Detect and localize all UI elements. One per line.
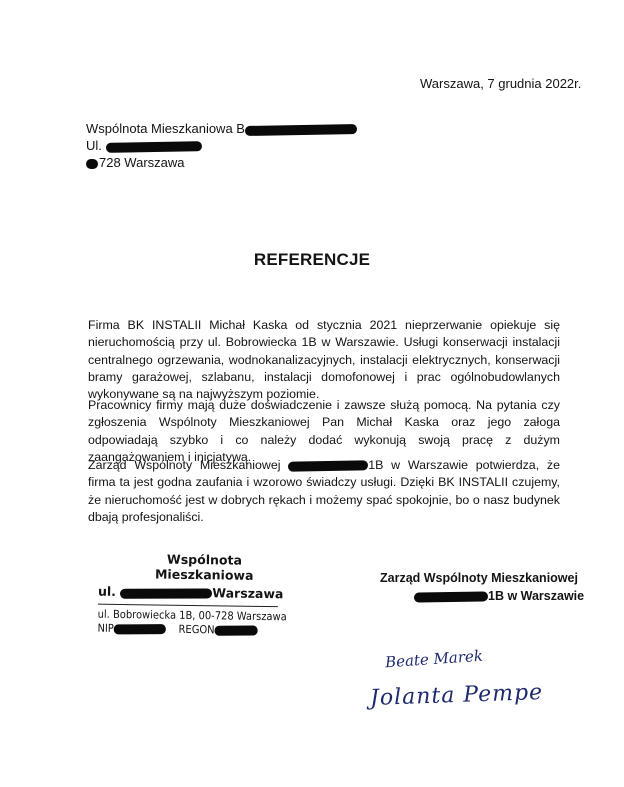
redaction: [114, 624, 166, 634]
paragraph-3: Zarząd Wspólnoty Mieszkaniowej 1B w Wars…: [88, 457, 560, 526]
board-line-1: Zarząd Wspólnoty Mieszkaniowej: [380, 569, 584, 587]
stamp-line-1: Wspólnota Mieszkaniowa: [98, 551, 288, 584]
redaction: [215, 625, 258, 635]
stamp-line-2: ul. Warszawa: [98, 584, 288, 602]
community-stamp: Wspólnota Mieszkaniowa ul. Warszawa ul. …: [97, 551, 288, 638]
redaction: [414, 591, 488, 602]
board-signature-block: Zarząd Wspólnoty Mieszkaniowej 1B w Wars…: [380, 569, 584, 605]
redaction: [86, 158, 98, 168]
stamp-line-4: NIPREGON: [97, 622, 268, 637]
handwritten-signature-1: Beate Marek: [384, 647, 483, 672]
recipient-line-3: 728 Warszawa: [86, 154, 357, 171]
paragraph-1: Firma BK INSTALII Michał Kaska od styczn…: [88, 317, 560, 403]
place-date: Warszawa, 7 grudnia 2022r.: [420, 76, 581, 91]
handwritten-signature-2: Jolanta Pempe: [370, 680, 544, 711]
recipient-line-2: Ul.: [86, 137, 357, 154]
redaction: [105, 141, 201, 153]
board-line-2: 1B w Warszawie: [380, 587, 584, 605]
paragraph-2: Pracownicy firmy mają duże doświadczenie…: [88, 397, 560, 466]
recipient-address: Wspólnota Mieszkaniowa B Ul. 728 Warszaw…: [86, 120, 357, 171]
stamp-line-3: ul. Bobrowiecka 1B, 00-728 Warszawa: [98, 608, 269, 623]
redaction: [288, 460, 368, 471]
recipient-line-1: Wspólnota Mieszkaniowa B: [86, 120, 357, 137]
redaction: [120, 588, 212, 598]
redaction: [245, 124, 357, 136]
document-title: REFERENCJE: [0, 250, 624, 270]
stamp-divider: [98, 604, 278, 608]
